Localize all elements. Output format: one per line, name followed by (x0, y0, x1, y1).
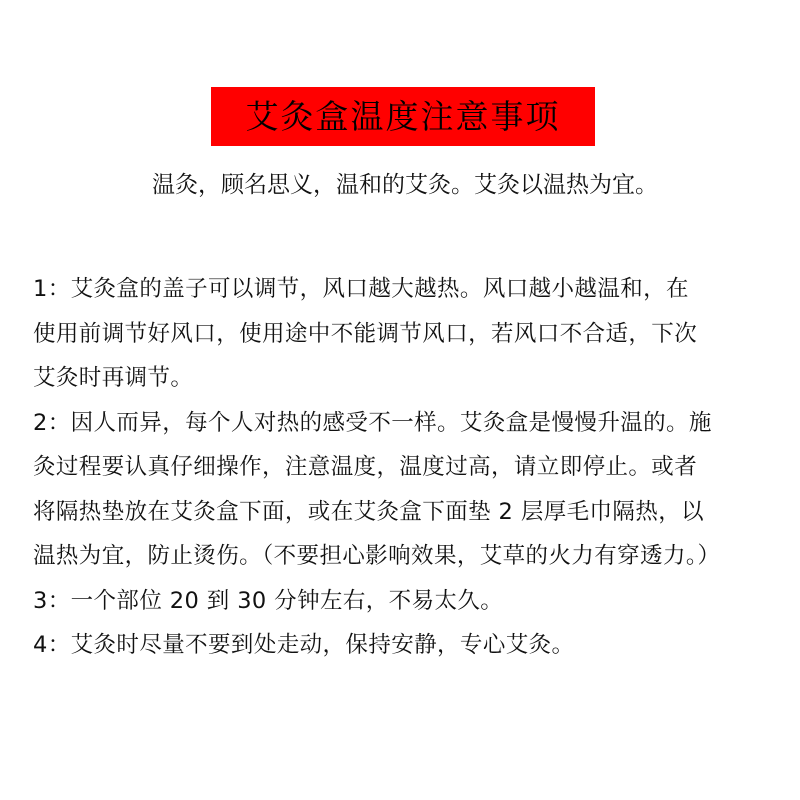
notice-line: 2：因人而异，每个人对热的感受不一样。艾灸盒是慢慢升温的。施 (33, 401, 783, 446)
notice-line: 将隔热垫放在艾灸盒下面，或在艾灸盒下面垫 2 层厚毛巾隔热，以 (33, 490, 783, 535)
notice-item-2: 2：因人而异，每个人对热的感受不一样。艾灸盒是慢慢升温的。施 灸过程要认真仔细操… (33, 401, 783, 579)
title-banner: 艾灸盒温度注意事项 (211, 87, 595, 146)
notice-line: 温热为宜，防止烫伤。（不要担心影响效果，艾草的火力有穿透力。） (33, 534, 783, 579)
notice-line: 灸过程要认真仔细操作，注意温度，温度过高，请立即停止。或者 (33, 445, 783, 490)
notice-line: 4：艾灸时尽量不要到处走动，保持安静，专心艾灸。 (33, 623, 783, 668)
notice-line: 使用前调节好风口，使用途中不能调节风口，若风口不合适，下次 (33, 312, 783, 357)
notice-item-1: 1：艾灸盒的盖子可以调节，风口越大越热。风口越小越温和，在 使用前调节好风口，使… (33, 267, 783, 401)
notice-line: 艾灸时再调节。 (33, 356, 783, 401)
notice-item-3: 3：一个部位 20 到 30 分钟左右，不易太久。 (33, 579, 783, 624)
subtitle: 温灸，顾名思义，温和的艾灸。艾灸以温热为宜。 (0, 168, 800, 202)
notice-line: 1：艾灸盒的盖子可以调节，风口越大越热。风口越小越温和，在 (33, 267, 783, 312)
notice-list: 1：艾灸盒的盖子可以调节，风口越大越热。风口越小越温和，在 使用前调节好风口，使… (33, 267, 783, 668)
notice-item-4: 4：艾灸时尽量不要到处走动，保持安静，专心艾灸。 (33, 623, 783, 668)
notice-line: 3：一个部位 20 到 30 分钟左右，不易太久。 (33, 579, 783, 624)
page-title: 艾灸盒温度注意事项 (246, 100, 561, 133)
